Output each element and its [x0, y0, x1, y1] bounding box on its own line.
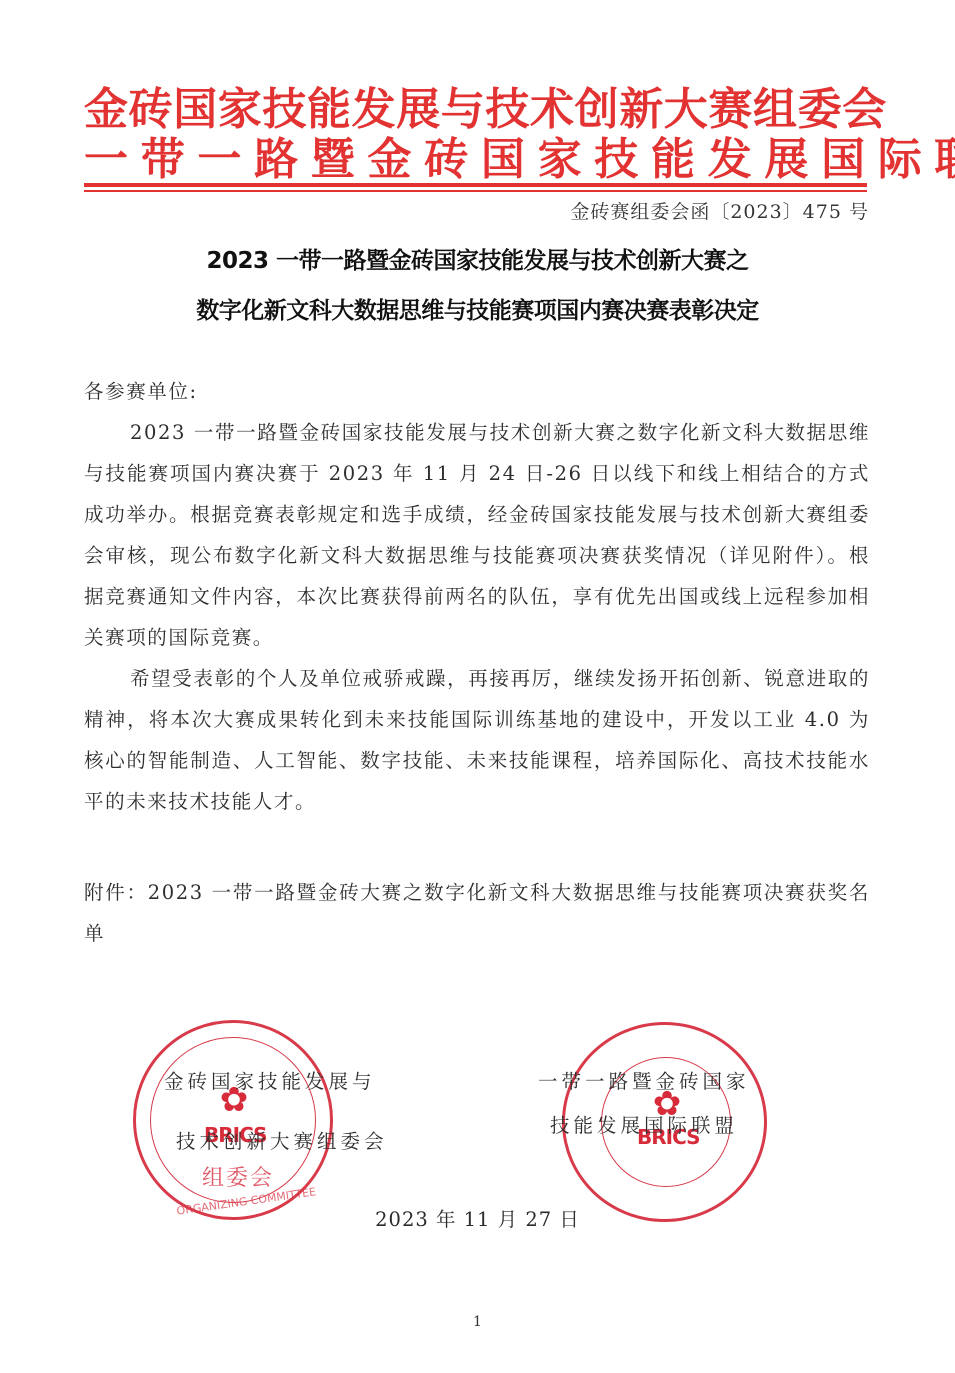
letterhead-rule-thin [84, 190, 867, 192]
left-signatory-line2: 技术创新大赛组委会 [176, 1128, 388, 1156]
document-title-line1: 2023 一带一路暨金砖国家技能发展与技术创新大赛之 [0, 244, 955, 278]
page-number: 1 [0, 1312, 955, 1332]
left-signatory-line1: 金砖国家技能发展与 [164, 1068, 376, 1096]
right-signatory-line1: 一带一路暨金砖国家 [538, 1068, 750, 1096]
left-stamp-inner-text: 组委会 [202, 1161, 274, 1192]
salutation: 各参赛单位: [84, 371, 870, 412]
left-official-stamp: ✿ BRICS 组委会 ORGANIZING COMMITTEE [133, 1020, 333, 1220]
body-paragraph-2: 希望受表彰的个人及单位戒骄戒躁，再接再厉，继续发扬开拓创新、锐意进取的精神，将本… [84, 658, 870, 822]
attachment-note: 附件：2023 一带一路暨金砖大赛之数字化新文科大数据思维与技能赛项决赛获奖名单 [84, 872, 870, 954]
body-paragraph-1: 2023 一带一路暨金砖国家技能发展与技术创新大赛之数字化新文科大数据思维与技能… [84, 412, 870, 658]
issue-date: 2023 年 11 月 27 日 [0, 1206, 955, 1234]
letterhead-line1: 金砖国家技能发展与技术创新大赛组委会 [84, 84, 870, 136]
letterhead-line2: 一带一路暨金砖国家技能发展国际联盟 [84, 134, 870, 186]
document-title-line2: 数字化新文科大数据思维与技能赛项国内赛决赛表彰决定 [0, 294, 955, 328]
document-number: 金砖赛组委会函〔2023〕475 号 [570, 198, 869, 226]
letterhead-rule-thick [84, 183, 867, 187]
right-signatory-line2: 技能发展国际联盟 [550, 1112, 738, 1140]
